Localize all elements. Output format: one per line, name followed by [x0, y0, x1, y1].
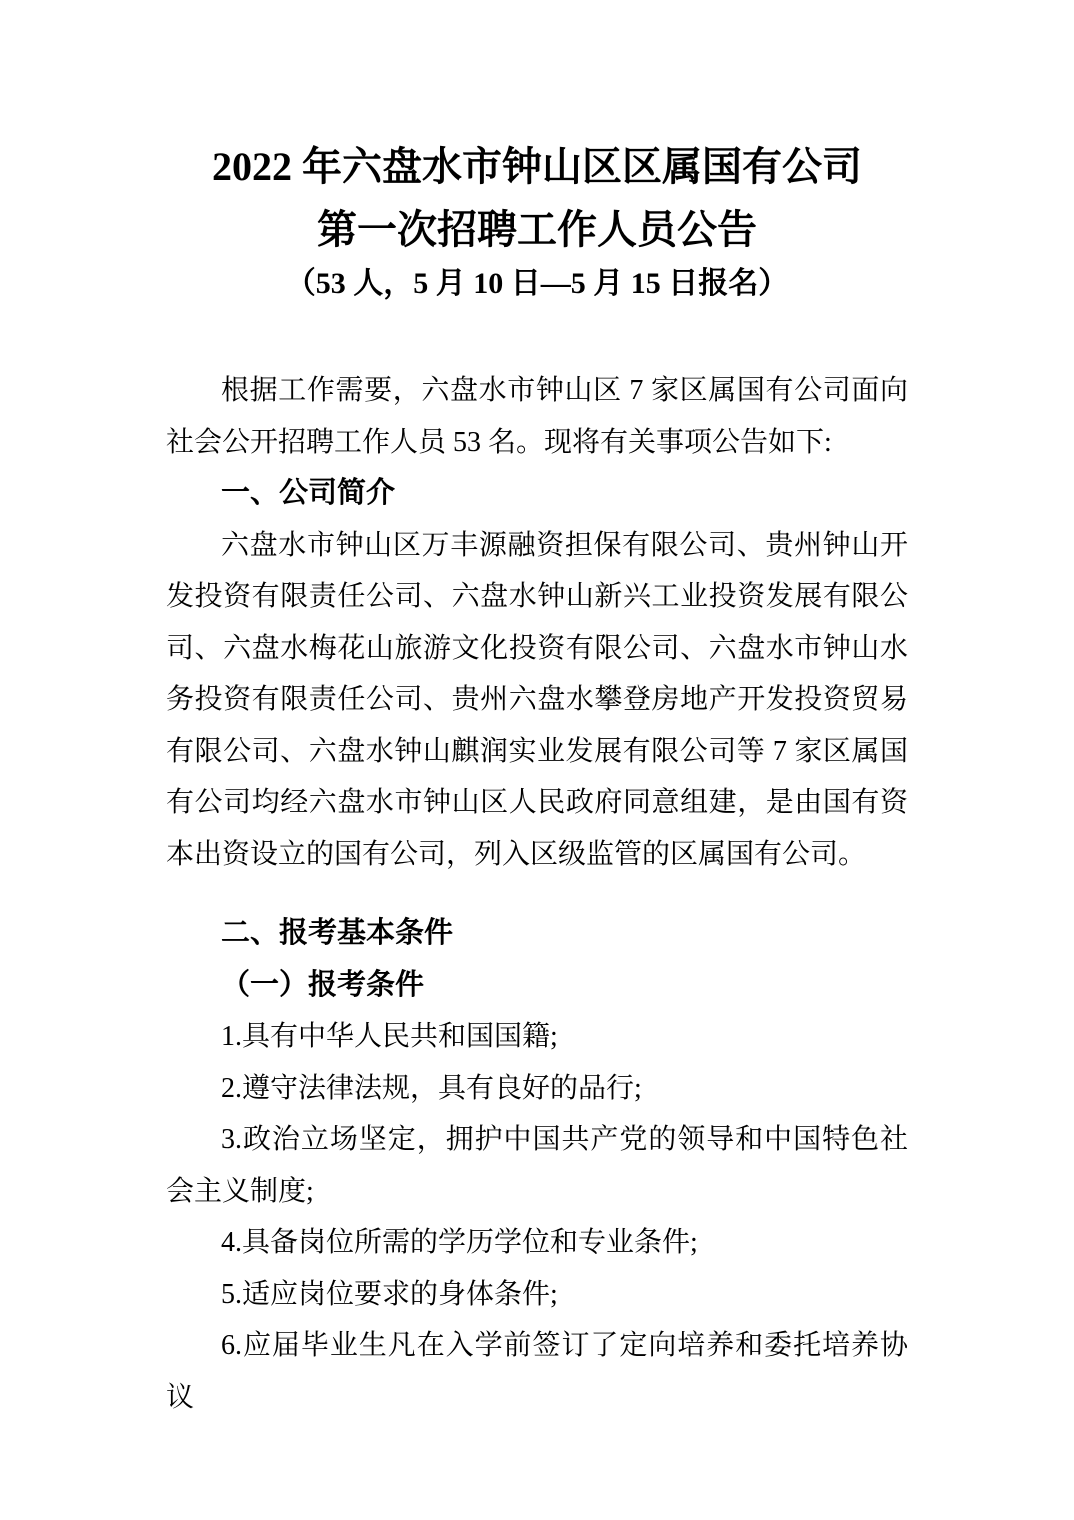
condition-item-6: 6.应届毕业生凡在入学前签订了定向培养和委托培养协议: [166, 1320, 908, 1423]
document-title: 2022 年六盘水市钟山区区属国有公司 第一次招聘工作人员公告: [0, 135, 1074, 261]
page-title-line-2: 第一次招聘工作人员公告: [0, 198, 1074, 261]
condition-item-4: 4.具备岗位所需的学历学位和专业条件;: [166, 1217, 908, 1269]
condition-item-5: 5.适应岗位要求的身体条件;: [166, 1269, 908, 1321]
condition-item-1: 1.具有中华人民共和国国籍;: [166, 1011, 908, 1063]
document-page: 2022 年六盘水市钟山区区属国有公司 第一次招聘工作人员公告 （53 人，5 …: [0, 0, 1074, 1520]
intro-paragraph: 根据工作需要，六盘水市钟山区 7 家区属国有公司面向社会公开招聘工作人员 53 …: [166, 365, 908, 468]
page-subtitle: （53 人，5 月 10 日—5 月 15 日报名）: [0, 261, 1074, 307]
document-body: 根据工作需要，六盘水市钟山区 7 家区属国有公司面向社会公开招聘工作人员 53 …: [166, 365, 908, 1423]
page-title-line-1: 2022 年六盘水市钟山区区属国有公司: [0, 135, 1074, 198]
section-2-heading: 二、报考基本条件: [166, 908, 908, 960]
company-intro-paragraph: 六盘水市钟山区万丰源融资担保有限公司、贵州钟山开发投资有限责任公司、六盘水钟山新…: [166, 520, 908, 881]
section-1-heading: 一、公司简介: [166, 468, 908, 520]
subsection-1-heading: （一）报考条件: [166, 960, 908, 1012]
condition-item-2: 2.遵守法律法规，具有良好的品行;: [166, 1063, 908, 1115]
condition-item-3: 3.政治立场坚定，拥护中国共产党的领导和中国特色社会主义制度;: [166, 1114, 908, 1217]
